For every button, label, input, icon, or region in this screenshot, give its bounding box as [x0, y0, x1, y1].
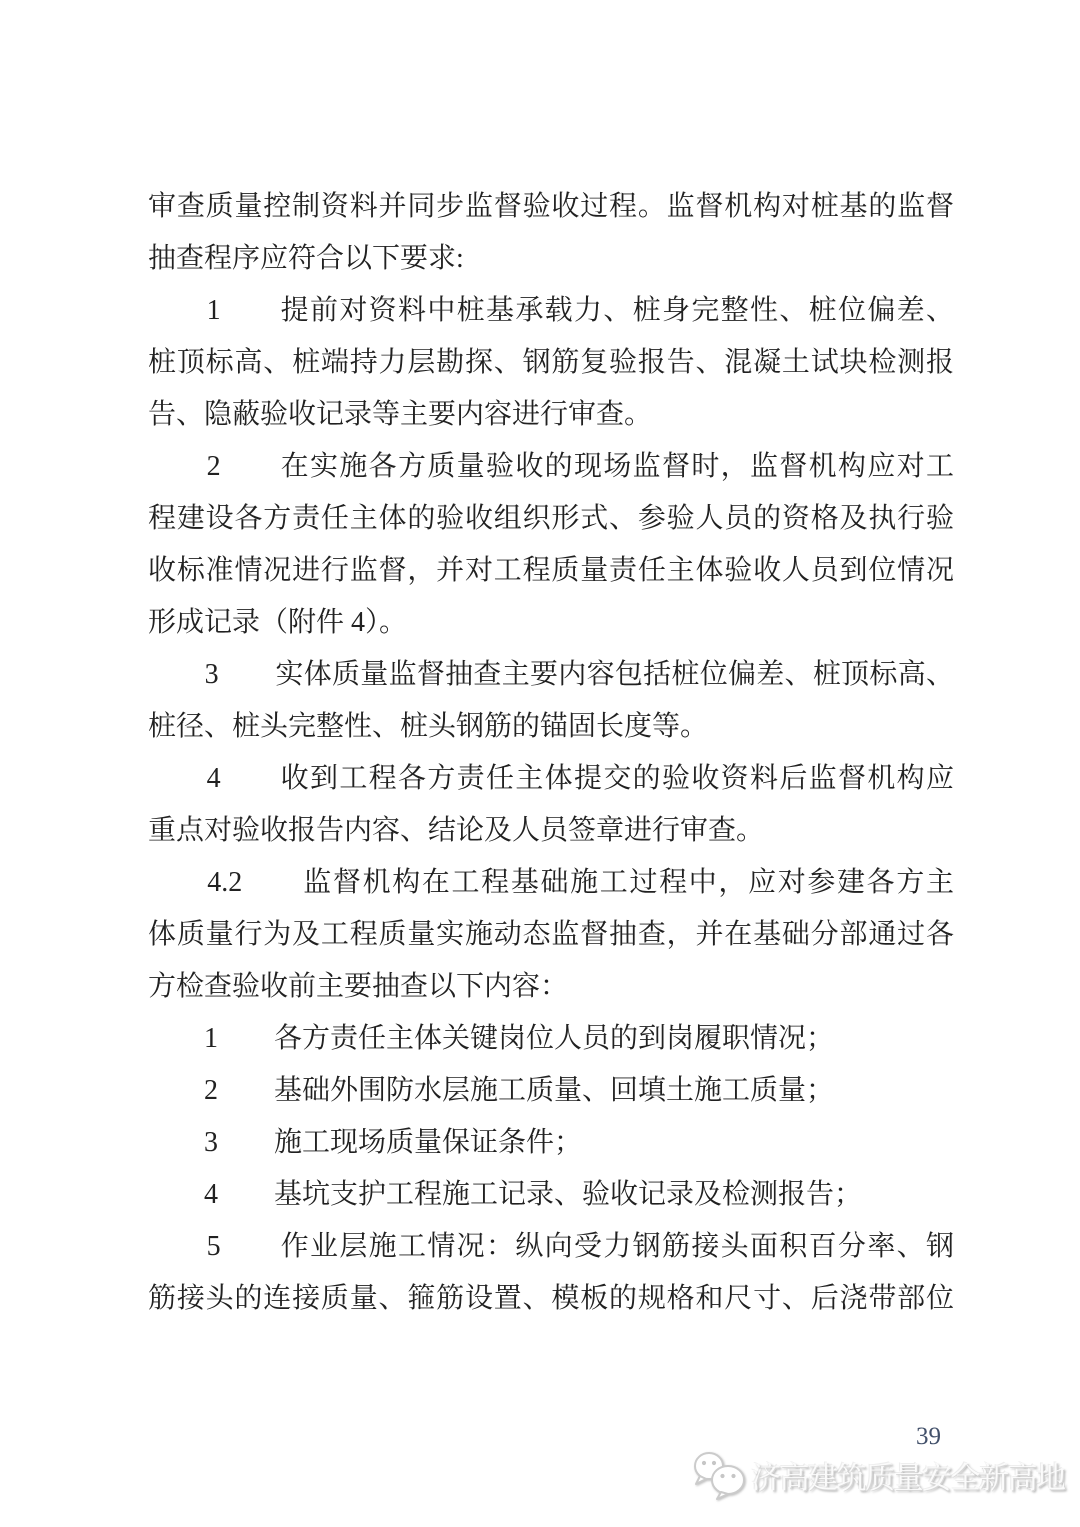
document-line: 桩径、桩头完整性、桩头钢筋的锚固长度等。 [148, 701, 954, 753]
document-line: 4.2 监督机构在工程基础施工过程中，应对参建各方主 [148, 857, 954, 909]
document-line: 抽查程序应符合以下要求: [148, 233, 954, 285]
document-line: 3 实体质量监督抽查主要内容包括桩位偏差、桩顶标高、 [148, 649, 954, 701]
document-body: 审查质量控制资料并同步监督验收过程。监督机构对桩基的监督 抽查程序应符合以下要求… [148, 181, 954, 1325]
document-line: 重点对验收报告内容、结论及人员签章进行审查。 [148, 805, 954, 857]
document-line: 形成记录（附件 4）。 [148, 597, 954, 649]
page-number: 39 [916, 1423, 964, 1451]
document-line: 审查质量控制资料并同步监督验收过程。监督机构对桩基的监督 [148, 181, 954, 233]
document-line: 2 基础外围防水层施工质量、回填土施工质量； [148, 1065, 954, 1117]
document-line: 5 作业层施工情况：纵向受力钢筋接头面积百分率、钢 [148, 1221, 954, 1273]
document-line: 1 各方责任主体关键岗位人员的到岗履职情况； [148, 1013, 954, 1065]
document-line: 体质量行为及工程质量实施动态监督抽查，并在基础分部通过各 [148, 909, 954, 961]
document-line: 2 在实施各方质量验收的现场监督时，监督机构应对工 [148, 441, 954, 493]
document-line: 程建设各方责任主体的验收组织形式、参验人员的资格及执行验 [148, 493, 954, 545]
watermark: 济高建筑质量安全新高地 [692, 1450, 1065, 1500]
document-line: 告、隐蔽验收记录等主要内容进行审查。 [148, 389, 954, 441]
document-line: 4 收到工程各方责任主体提交的验收资料后监督机构应 [148, 753, 954, 805]
document-page: 审查质量控制资料并同步监督验收过程。监督机构对桩基的监督 抽查程序应符合以下要求… [0, 0, 1080, 1527]
document-line: 方检查验收前主要抽查以下内容： [148, 961, 954, 1013]
document-line: 筋接头的连接质量、箍筋设置、模板的规格和尺寸、后浇带部位 [148, 1273, 954, 1325]
document-line: 桩顶标高、桩端持力层勘探、钢筋复验报告、混凝土试块检测报 [148, 337, 954, 389]
document-line: 4 基坑支护工程施工记录、验收记录及检测报告； [148, 1169, 954, 1221]
wechat-icon [692, 1450, 748, 1500]
document-line: 1 提前对资料中桩基承载力、桩身完整性、桩位偏差、 [148, 285, 954, 337]
document-line: 3 施工现场质量保证条件； [148, 1117, 954, 1169]
document-line: 收标准情况进行监督，并对工程质量责任主体验收人员到位情况 [148, 545, 954, 597]
watermark-text: 济高建筑质量安全新高地 [751, 1453, 1065, 1497]
